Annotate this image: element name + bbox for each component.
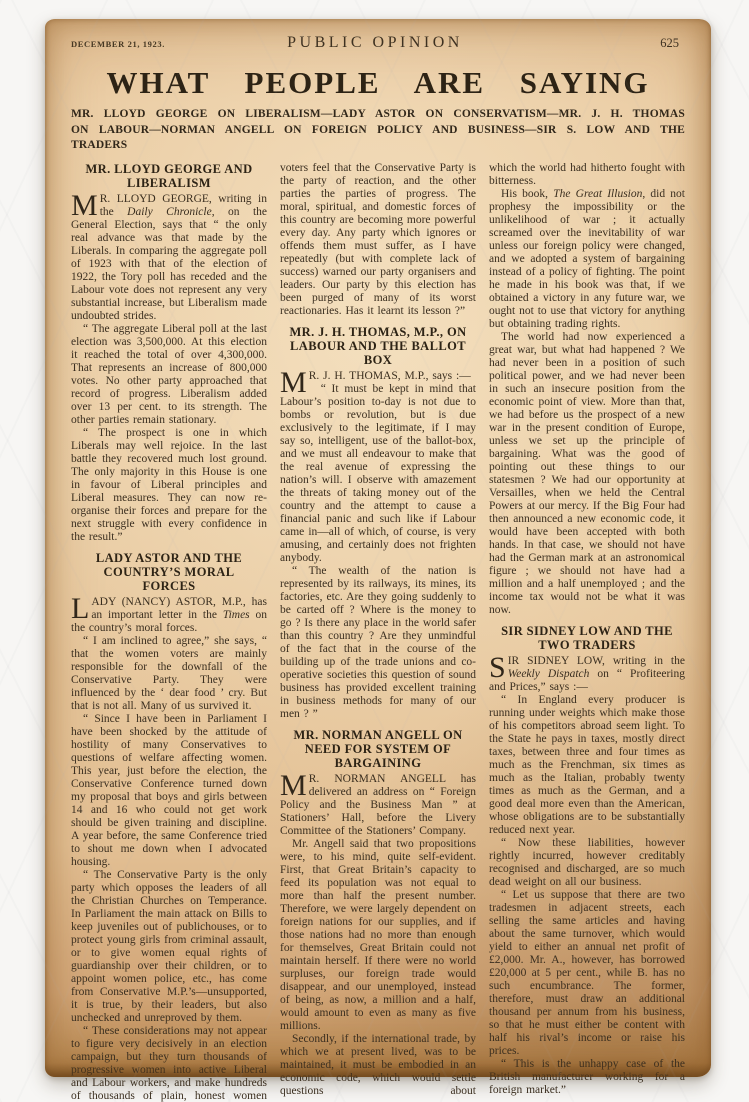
paragraph-text: R. NORMAN ANGELL has delivered an addres… [280,773,476,837]
photo-backdrop: DECEMBER 21, 1923. PUBLIC OPINION 625 WH… [0,0,749,1102]
paragraph: “ The wealth of the nation is represente… [280,565,476,721]
paragraph: MR. NORMAN ANGELL has delivered an addre… [280,773,476,838]
publication-title: PUBLIC OPINION [221,34,529,52]
paragraph: “ These considerations may not appear to… [71,1025,267,1102]
article-columns: MR. LLOYD GEORGE AND LIBERALISM MR. LLOY… [71,162,685,1102]
paragraph: MR. LLOYD GEORGE, writing in the Daily C… [71,193,267,323]
issue-date: DECEMBER 21, 1923. [71,39,221,49]
paragraph: “ In England every producer is running u… [489,694,685,837]
paragraph-text: , did not prophesy the impossibility or … [489,188,685,330]
paragraph: LADY (NANCY) ASTOR, M.P., has an importa… [71,596,267,635]
subhead-line-1: MR. LLOYD GEORGE ON LIBERALISM—LADY ASTO… [71,107,685,123]
paragraph-text: IR SIDNEY LOW, writing in the [508,655,685,667]
column-2: voters feel that the Conservative Party … [280,162,476,1102]
section-heading-lady-astor: LADY ASTOR AND THE COUNTRY’S MORAL FORCE… [77,551,261,593]
paragraph: Mr. Angell said that two propositions we… [280,838,476,1033]
paragraph: Secondly, if the international trade, by… [280,1033,476,1098]
column-3: which the world had hitherto fought with… [489,162,685,1102]
paragraph: “ Since I have been in Parliament I have… [71,713,267,869]
drop-cap: M [280,370,309,395]
paragraph-continuation: which the world had hitherto fought with… [489,162,685,188]
page-number: 625 [529,36,685,51]
paragraph: His book, The Great Illusion, did not pr… [489,188,685,331]
section-heading-lloyd-george: MR. LLOYD GEORGE AND LIBERALISM [77,162,261,190]
main-headline: WHAT PEOPLE ARE SAYING [71,65,685,101]
masthead: DECEMBER 21, 1923. PUBLIC OPINION 625 [71,34,685,52]
paragraph-text: His book, [501,188,553,200]
paragraph: “ The aggregate Liberal poll at the last… [71,323,267,427]
paragraph: “ I am inclined to agree,” she says, “ t… [71,635,267,713]
publication-name-italic: Daily Chronicle [127,206,212,218]
drop-cap: L [71,596,91,621]
drop-cap: S [489,655,508,680]
paragraph-continuation: voters feel that the Conservative Party … [280,162,476,318]
book-title-italic: The Great Illusion [553,188,642,200]
paragraph: “ This is the unhappy case of the Britis… [489,1058,685,1097]
paragraph: “ It must be kept in mind that Labour’s … [280,383,476,565]
subhead-line-2: ON LABOUR—NORMAN ANGELL ON FOREIGN POLIC… [71,123,685,154]
paragraph: MR. J. H. THOMAS, M.P., says :— [280,370,476,383]
paragraph-text: , on the General Election, says that “ t… [71,206,267,322]
subhead: MR. LLOYD GEORGE ON LIBERALISM—LADY ASTO… [71,107,685,154]
paragraph: “ Now these liabilities, however rightly… [489,837,685,889]
paragraph: “ The prospect is one in which Liberals … [71,427,267,544]
drop-cap: M [280,773,309,798]
paragraph: The world had now experienced a great wa… [489,331,685,617]
paragraph-text: R. J. H. THOMAS, M.P., says :— [309,370,471,382]
paragraph: “ The Conservative Party is the only par… [71,869,267,1025]
section-heading-sidney-low: SIR SIDNEY LOW AND THE TWO TRADERS [495,624,679,652]
drop-cap: M [71,193,100,218]
paragraph: “ Let us suppose that there are two trad… [489,889,685,1058]
newspaper-page: DECEMBER 21, 1923. PUBLIC OPINION 625 WH… [45,19,711,1077]
column-1: MR. LLOYD GEORGE AND LIBERALISM MR. LLOY… [71,162,267,1102]
section-heading-jh-thomas: MR. J. H. THOMAS, M.P., ON LABOUR AND TH… [286,325,470,367]
publication-name-italic: Times [223,609,250,621]
section-heading-norman-angell: MR. NORMAN ANGELL ON NEED FOR SYSTEM OF … [286,728,470,770]
paragraph: SIR SIDNEY LOW, writing in the Weekly Di… [489,655,685,694]
publication-name-italic: Weekly Dispatch [508,668,590,680]
